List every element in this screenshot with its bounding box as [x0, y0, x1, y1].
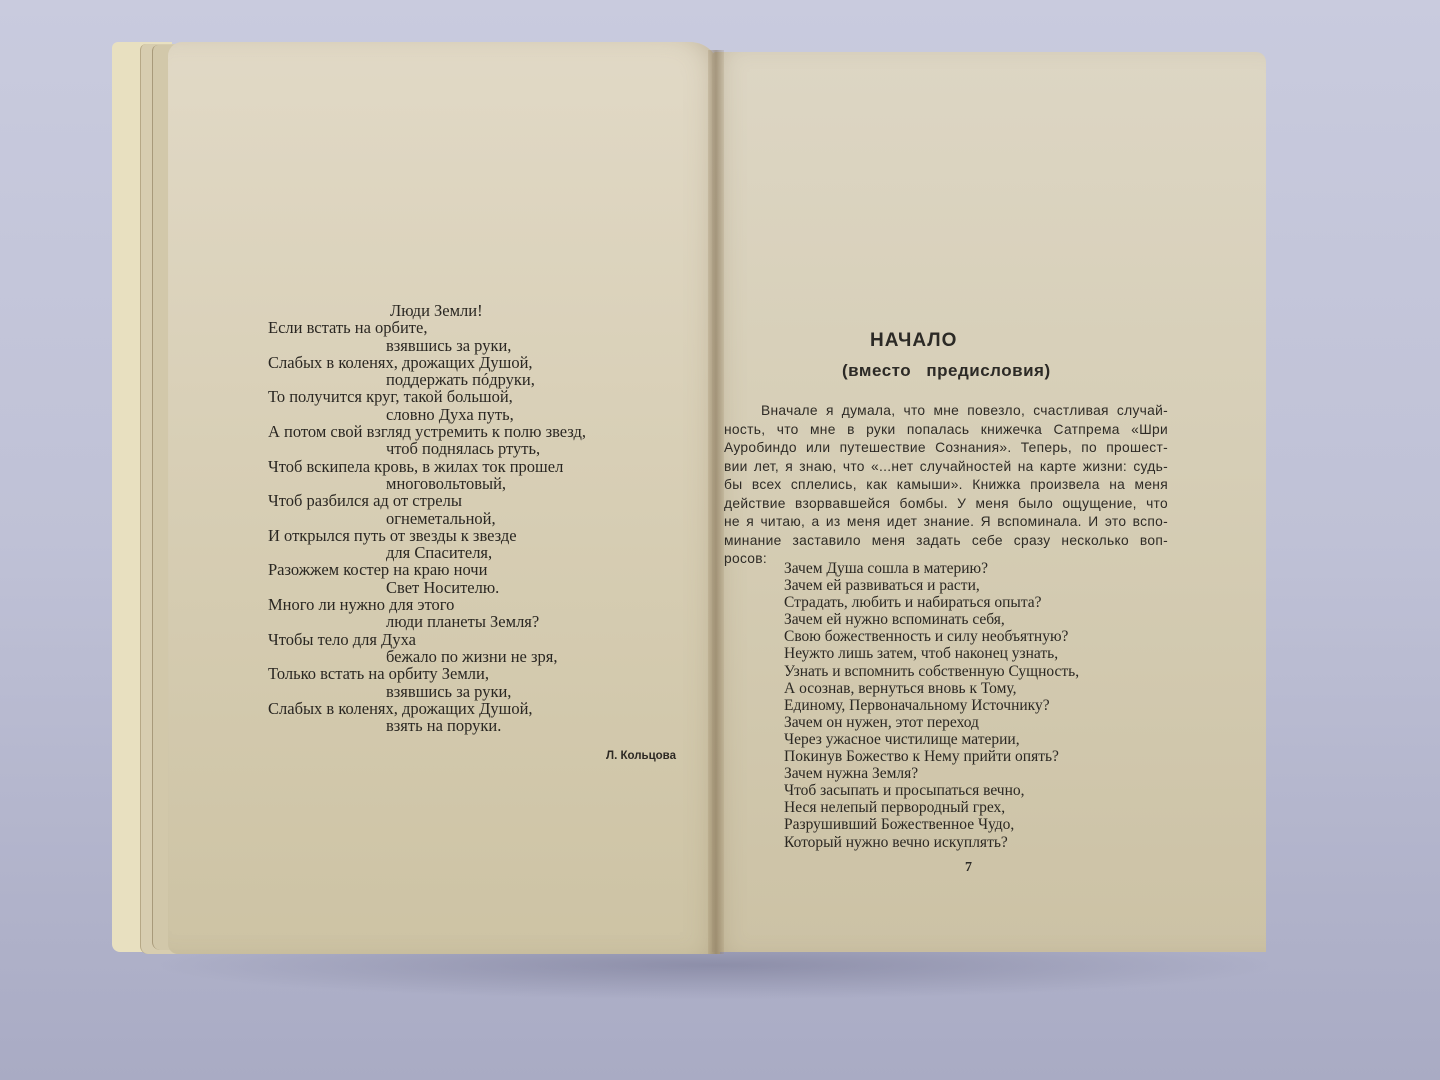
poem-line: Слабых в коленях, дрожащих Душой,	[268, 700, 586, 717]
poem-line: Зачем ей нужно вспоминать себя,	[784, 611, 1079, 628]
poem-line: Если встать на орбите,	[268, 319, 586, 336]
poem-line: И открылся путь от звезды к звезде	[268, 527, 586, 544]
poem-line: Покинув Божество к Нему прийти опять?	[784, 748, 1079, 765]
poem-line: Много ли нужно для этого	[268, 596, 586, 613]
poem-line: Зачем ей развиваться и расти,	[784, 577, 1079, 594]
prose-line: не я читаю, а из меня идет знание. Я всп…	[724, 513, 1168, 532]
prose-line: минание заставило меня задать себе сразу…	[724, 532, 1168, 551]
prose-line: действие взорвавшейся бомбы. У меня было…	[724, 495, 1168, 514]
poem-line: взявшись за руки,	[268, 337, 586, 354]
poem-line: Страдать, любить и набираться опыта?	[784, 594, 1079, 611]
poem-line: Зачем нужна Земля?	[784, 765, 1079, 782]
poem-line: Свою божественность и силу необъятную?	[784, 628, 1079, 645]
poem-author: Л. Кольцова	[606, 750, 676, 762]
preface-paragraph: Вначале я думала, что мне повезло, счаст…	[724, 402, 1168, 569]
poem-line: взявшись за руки,	[268, 683, 586, 700]
left-poem: Люди Земли!Если встать на орбите,взявшис…	[268, 302, 586, 734]
poem-line: Разрушивший Божественное Чудо,	[784, 816, 1079, 833]
poem-line: Слабых в коленях, дрожащих Душой,	[268, 354, 586, 371]
poem-line: Свет Носителю.	[268, 579, 586, 596]
poem-line: поддержать пóдруки,	[268, 371, 586, 388]
book-spine-crease	[708, 50, 724, 954]
poem-line: Люди Земли!	[268, 302, 586, 319]
prose-line: ность, что мне в руки попалась книжечка …	[724, 421, 1168, 440]
prose-line: Вначале я думала, что мне повезло, счаст…	[724, 402, 1168, 421]
poem-line: огнеметальной,	[268, 510, 586, 527]
poem-line: многовольтовый,	[268, 475, 586, 492]
poem-line: Только встать на орбиту Земли,	[268, 665, 586, 682]
poem-line: Неся нелепый первородный грех,	[784, 799, 1079, 816]
poem-line: Единому, Первоначальному Источнику?	[784, 697, 1079, 714]
poem-line: Чтоб разбился ад от стрелы	[268, 492, 586, 509]
poem-line: Чтоб засыпать и просыпаться вечно,	[784, 782, 1079, 799]
prose-line: бы всех сплелись, как камыши». Книжка пр…	[724, 476, 1168, 495]
chapter-title: НАЧАЛО	[870, 330, 957, 352]
poem-line: Чтоб вскипела кровь, в жилах ток прошел	[268, 458, 586, 475]
poem-line: Чтобы тело для Духа	[268, 631, 586, 648]
poem-line: чтоб поднялась ртуть,	[268, 440, 586, 457]
poem-line: Через ужасное чистилище материи,	[784, 731, 1079, 748]
right-poem: Зачем Душа сошла в материю?Зачем ей разв…	[784, 560, 1079, 851]
prose-line: Ауробиндо или путешествие Сознания». Теп…	[724, 439, 1168, 458]
poem-line: Зачем Душа сошла в материю?	[784, 560, 1079, 577]
prose-line: вии лет, я знаю, что «...нет случайносте…	[724, 458, 1168, 477]
poem-line: для Спасителя,	[268, 544, 586, 561]
poem-line: Разожжем костер на краю ночи	[268, 561, 586, 578]
poem-line: А осознав, вернуться вновь к Тому,	[784, 680, 1079, 697]
poem-line: словно Духа путь,	[268, 406, 586, 423]
poem-line: Узнать и вспомнить собственную Сущность,	[784, 663, 1079, 680]
poem-line: То получится круг, такой большой,	[268, 388, 586, 405]
page-number: 7	[965, 860, 972, 876]
poem-line: Зачем он нужен, этот переход	[784, 714, 1079, 731]
poem-line: люди планеты Земля?	[268, 613, 586, 630]
chapter-subtitle: (вместо предисловия)	[842, 361, 1051, 381]
poem-line: взять на поруки.	[268, 717, 586, 734]
poem-line: Который нужно вечно искуплять?	[784, 834, 1079, 851]
poem-line: Неужто лишь затем, чтоб наконец узнать,	[784, 645, 1079, 662]
poem-line: А потом свой взгляд устремить к полю зве…	[268, 423, 586, 440]
poem-line: бежало по жизни не зря,	[268, 648, 586, 665]
